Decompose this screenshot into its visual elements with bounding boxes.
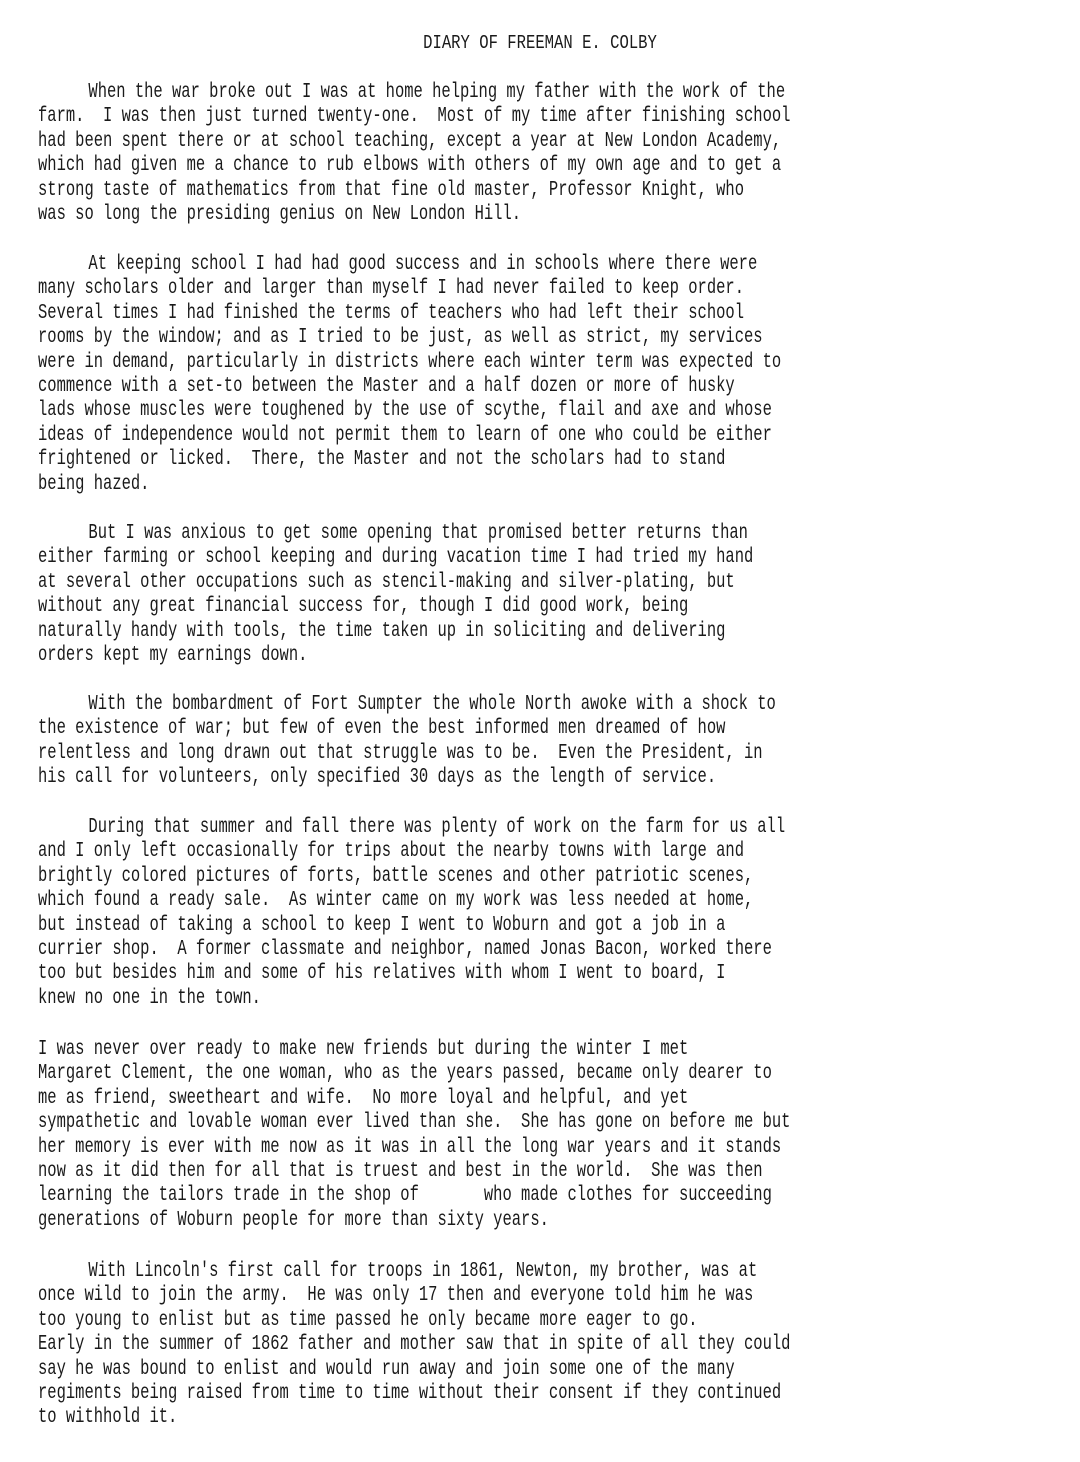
text-line: the existence of war; but few of even th… (38, 716, 776, 740)
text-line: many scholars older and larger than myse… (38, 276, 781, 300)
paragraph-summer-and-fall: During that summer and fall there was pl… (38, 815, 785, 1010)
text-line: and I only left occasionally for trips a… (38, 839, 785, 863)
paragraph-margaret-clement: I was never over ready to make new frien… (38, 1037, 790, 1232)
paragraph-lincoln-call: With Lincoln's first call for troops in … (38, 1259, 790, 1430)
text-line: were in demand, particularly in district… (38, 350, 781, 374)
text-line: Early in the summer of 1862 father and m… (38, 1332, 790, 1356)
text-line: but instead of taking a school to keep I… (38, 913, 785, 937)
text-line: lads whose muscles were toughened by the… (38, 398, 781, 422)
text-line: too but besides him and some of his rela… (38, 961, 785, 985)
text-line: me as friend, sweetheart and wife. No mo… (38, 1086, 790, 1110)
text-line: at several other occupations such as ste… (38, 570, 753, 594)
text-line: ideas of independence would not permit t… (38, 423, 781, 447)
text-line: With the bombardment of Fort Sumpter the… (38, 692, 776, 716)
text-line: During that summer and fall there was pl… (38, 815, 785, 839)
text-line: was so long the presiding genius on New … (38, 202, 790, 226)
text-line: At keeping school I had had good success… (38, 252, 781, 276)
text-line: which found a ready sale. As winter came… (38, 888, 785, 912)
paragraph-war-broke-out: When the war broke out I was at home hel… (38, 80, 790, 226)
text-line: rooms by the window; and as I tried to b… (38, 325, 781, 349)
text-line: her memory is ever with me now as it was… (38, 1135, 790, 1159)
text-line: brightly colored pictures of forts, batt… (38, 864, 785, 888)
text-line: naturally handy with tools, the time tak… (38, 619, 753, 643)
text-line: When the war broke out I was at home hel… (38, 80, 790, 104)
text-line: being hazed. (38, 472, 781, 496)
document-title: DIARY OF FREEMAN E. COLBY (97, 32, 983, 54)
text-line: sympathetic and lovable woman ever lived… (38, 1110, 790, 1134)
paragraph-fort-sumpter: With the bombardment of Fort Sumpter the… (38, 692, 776, 790)
text-line: once wild to join the army. He was only … (38, 1283, 790, 1307)
text-line: which had given me a chance to rub elbow… (38, 153, 790, 177)
text-line: too young to enlist but as time passed h… (38, 1308, 790, 1332)
text-line: say he was bound to enlist and would run… (38, 1357, 790, 1381)
text-line: farm. I was then just turned twenty-one.… (38, 104, 790, 128)
paragraph-keeping-school: At keeping school I had had good success… (38, 252, 781, 496)
text-line: knew no one in the town. (38, 986, 785, 1010)
text-line: to withhold it. (38, 1405, 790, 1429)
text-line: With Lincoln's first call for troops in … (38, 1259, 790, 1283)
text-line: without any great financial success for,… (38, 594, 753, 618)
document-page: DIARY OF FREEMAN E. COLBY When the war b… (0, 0, 1080, 1462)
paragraph-anxious-opening: But I was anxious to get some opening th… (38, 521, 753, 667)
text-line: commence with a set-to between the Maste… (38, 374, 781, 398)
text-line: currier shop. A former classmate and nei… (38, 937, 785, 961)
text-line: either farming or school keeping and dur… (38, 545, 753, 569)
text-line: strong taste of mathematics from that fi… (38, 178, 790, 202)
text-line: Margaret Clement, the one woman, who as … (38, 1061, 790, 1085)
text-line: I was never over ready to make new frien… (38, 1037, 790, 1061)
text-line: But I was anxious to get some opening th… (38, 521, 753, 545)
text-line: orders kept my earnings down. (38, 643, 753, 667)
text-line: now as it did then for all that is trues… (38, 1159, 790, 1183)
text-line: learning the tailors trade in the shop o… (38, 1183, 790, 1207)
text-line: his call for volunteers, only specified … (38, 765, 776, 789)
text-line: generations of Woburn people for more th… (38, 1208, 790, 1232)
text-line: frightened or licked. There, the Master … (38, 447, 781, 471)
text-line: regiments being raised from time to time… (38, 1381, 790, 1405)
text-line: had been spent there or at school teachi… (38, 129, 790, 153)
text-line: Several times I had finished the terms o… (38, 301, 781, 325)
text-line: relentless and long drawn out that strug… (38, 741, 776, 765)
